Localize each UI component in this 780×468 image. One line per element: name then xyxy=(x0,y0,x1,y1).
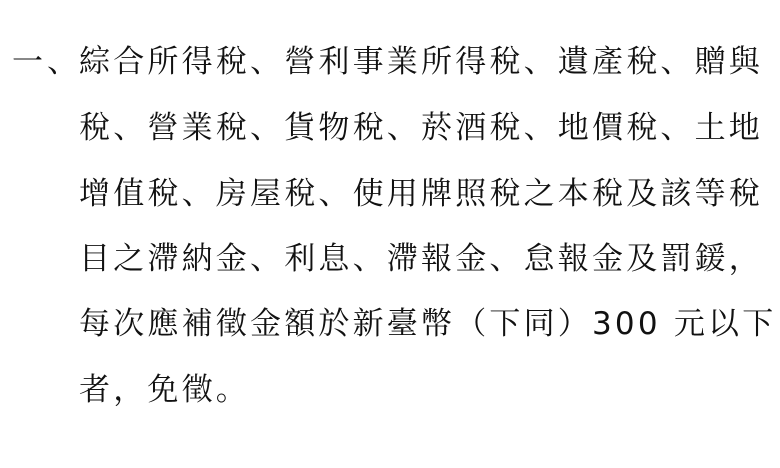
clause-text-line: 目之滯納金、利息、滯報金、怠報金及罰鍰， xyxy=(79,226,763,292)
clause-text-line: 增值稅、房屋稅、使用牌照稅之本稅及該等稅 xyxy=(79,161,763,227)
clause-text-line: 稅、營業稅、貨物稅、菸酒稅、地價稅、土地 xyxy=(79,95,763,161)
clause-text-line: 每次應補徵金額於新臺幣（下同）300 元以下 xyxy=(79,291,776,357)
clause-text-line: 者，免徵。 xyxy=(79,357,250,423)
clause-number: 一、 xyxy=(12,29,82,95)
clause-text-line: 綜合所得稅、營利事業所得稅、遺產稅、贈與 xyxy=(79,29,763,95)
